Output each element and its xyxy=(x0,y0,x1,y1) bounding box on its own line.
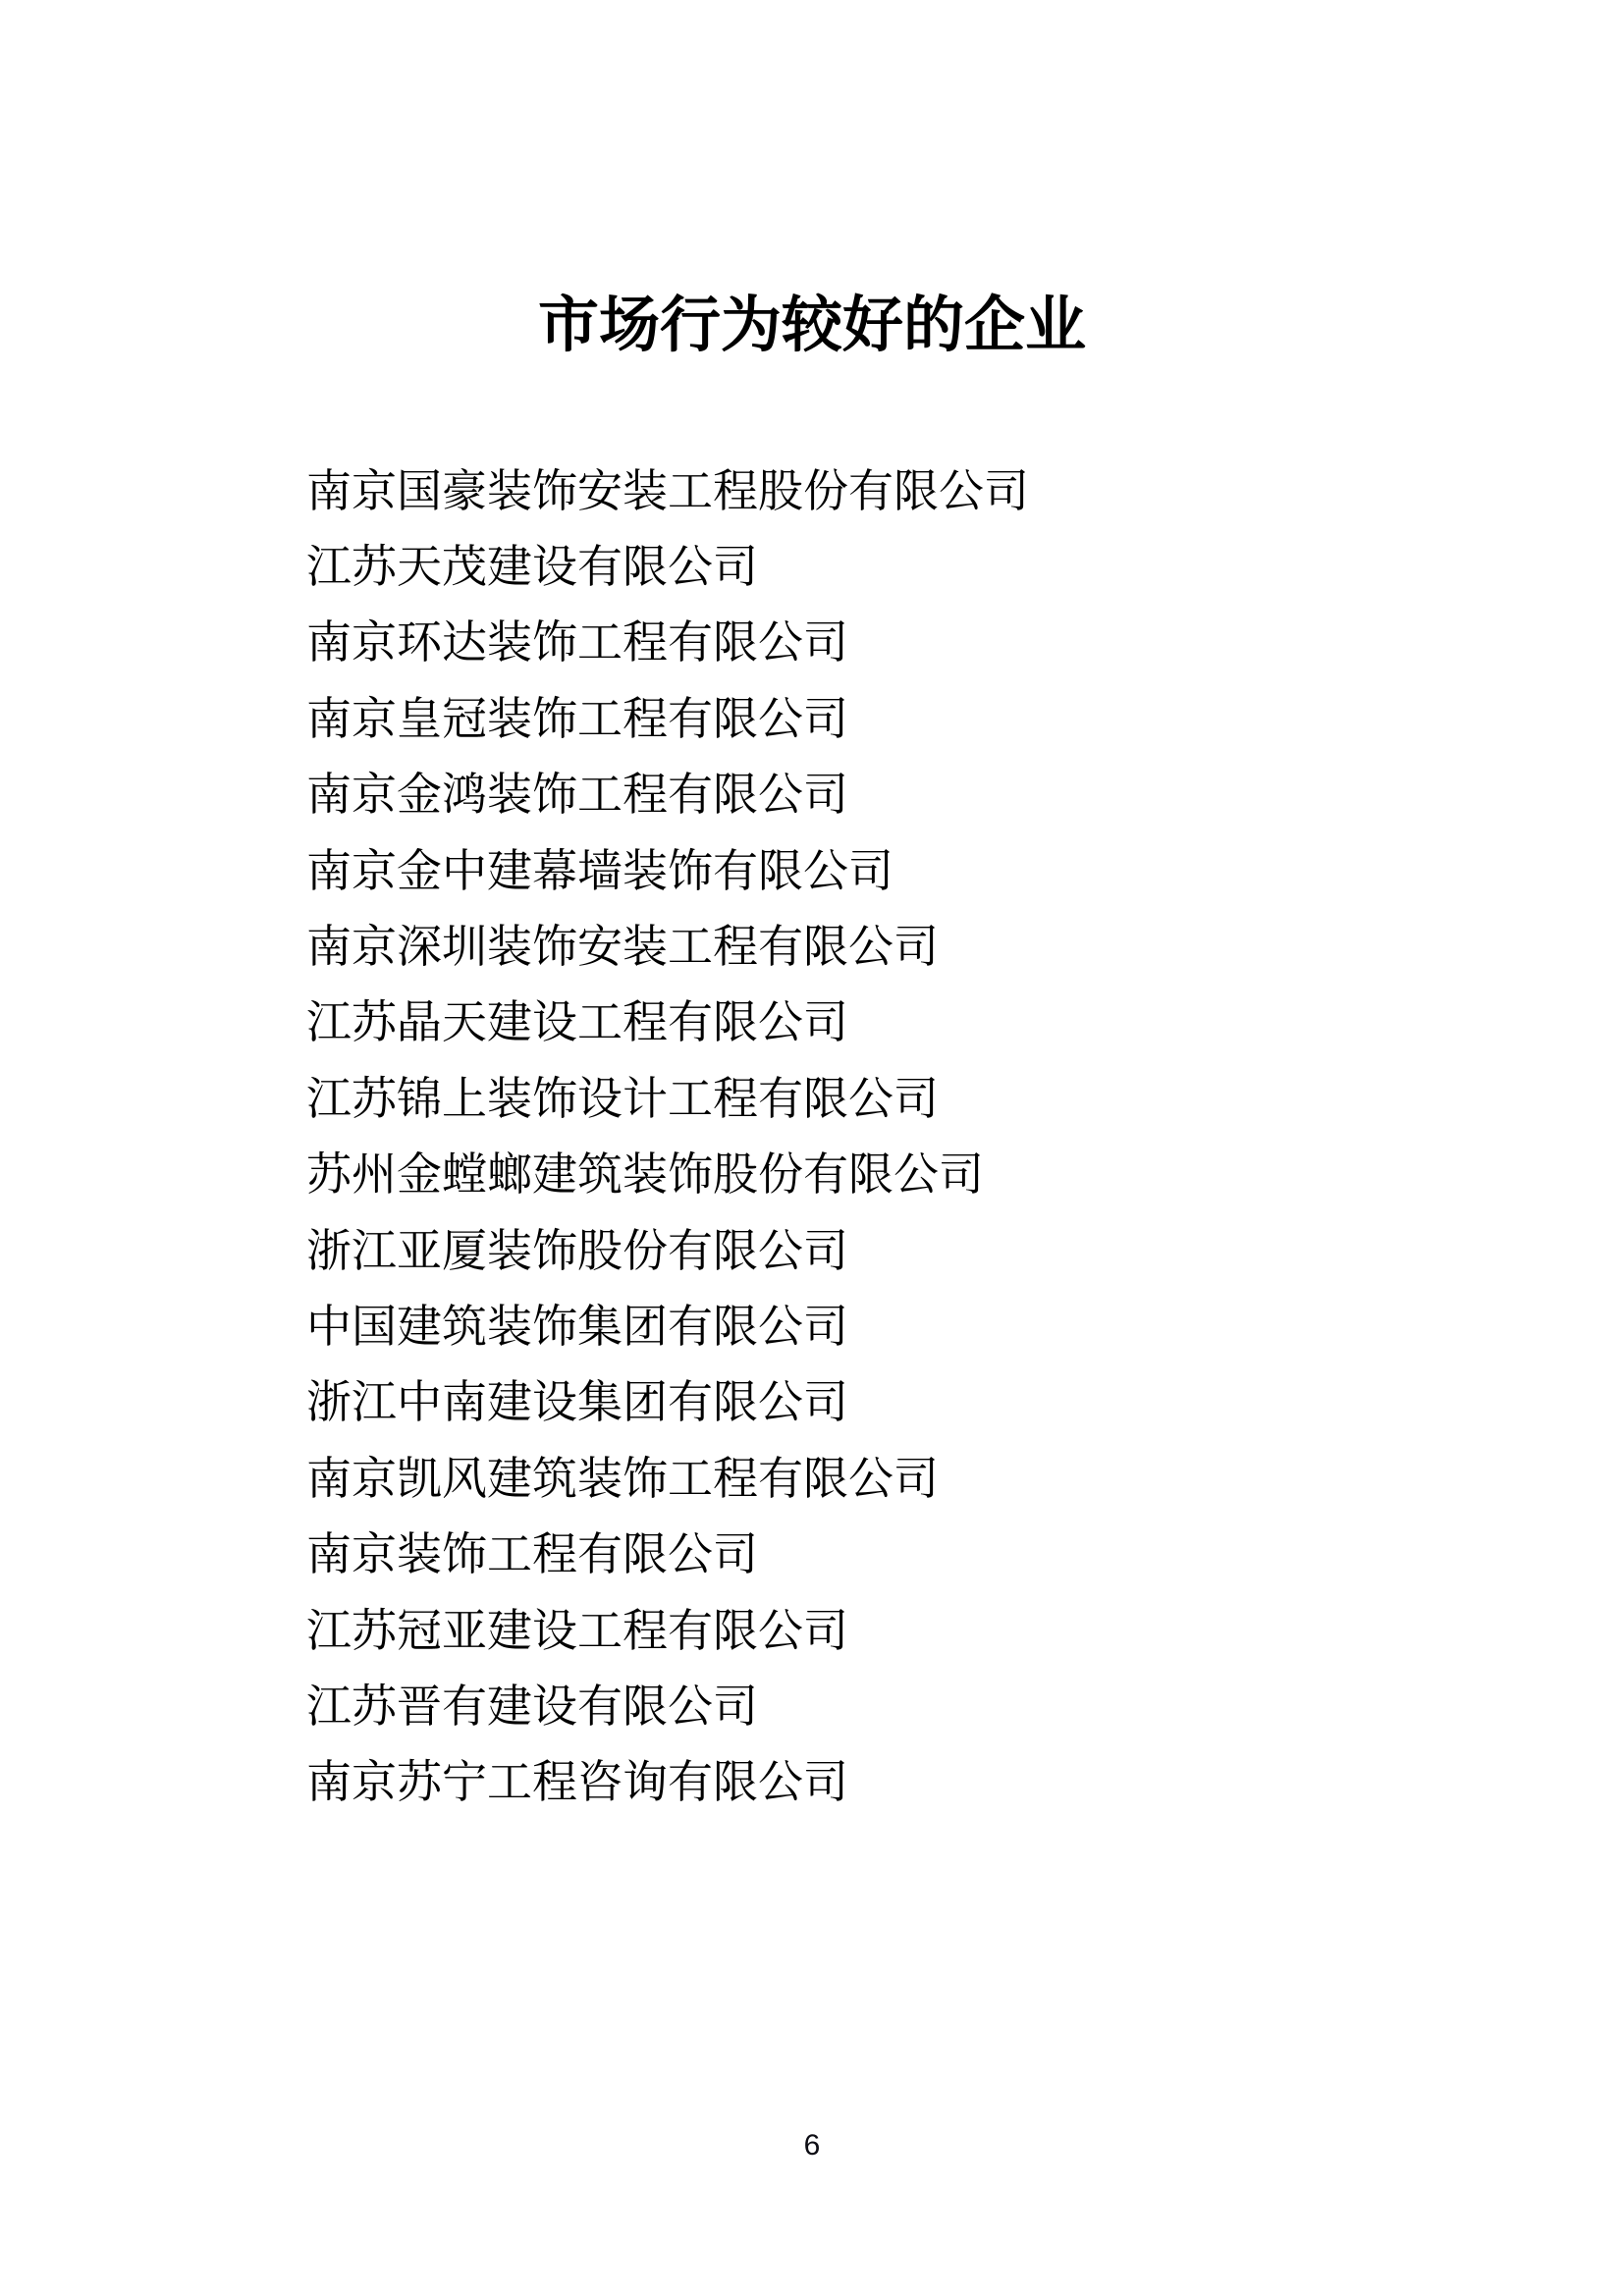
list-item: 南京金鸿装饰工程有限公司 xyxy=(306,758,1565,833)
page-number: 6 xyxy=(0,2128,1624,2163)
list-item: 浙江亚厦装饰股份有限公司 xyxy=(306,1213,1565,1289)
page-title: 市场行为较好的企业 xyxy=(0,294,1624,357)
list-item: 浙江中南建设集团有限公司 xyxy=(306,1365,1565,1441)
list-item: 南京凯风建筑装饰工程有限公司 xyxy=(306,1441,1565,1517)
list-item: 江苏晋有建设有限公司 xyxy=(306,1669,1565,1744)
document-page: 市场行为较好的企业 南京国豪装饰安装工程股份有限公司江苏天茂建设有限公司南京环达… xyxy=(0,0,1624,2296)
list-item: 南京装饰工程有限公司 xyxy=(306,1517,1565,1592)
list-item: 南京金中建幕墙装饰有限公司 xyxy=(306,833,1565,909)
list-item: 中国建筑装饰集团有限公司 xyxy=(306,1289,1565,1364)
list-item: 南京国豪装饰安装工程股份有限公司 xyxy=(306,454,1565,529)
list-item: 江苏冠亚建设工程有限公司 xyxy=(306,1593,1565,1669)
list-item: 江苏天茂建设有限公司 xyxy=(306,529,1565,605)
list-item: 江苏晶天建设工程有限公司 xyxy=(306,986,1565,1061)
company-list: 南京国豪装饰安装工程股份有限公司江苏天茂建设有限公司南京环达装饰工程有限公司南京… xyxy=(306,454,1565,1821)
list-item: 苏州金螳螂建筑装饰股份有限公司 xyxy=(306,1138,1565,1213)
list-item: 江苏锦上装饰设计工程有限公司 xyxy=(306,1061,1565,1137)
list-item: 南京皇冠装饰工程有限公司 xyxy=(306,681,1565,757)
list-item: 南京环达装饰工程有限公司 xyxy=(306,606,1565,681)
list-item: 南京深圳装饰安装工程有限公司 xyxy=(306,909,1565,985)
list-item: 南京苏宁工程咨询有限公司 xyxy=(306,1745,1565,1821)
